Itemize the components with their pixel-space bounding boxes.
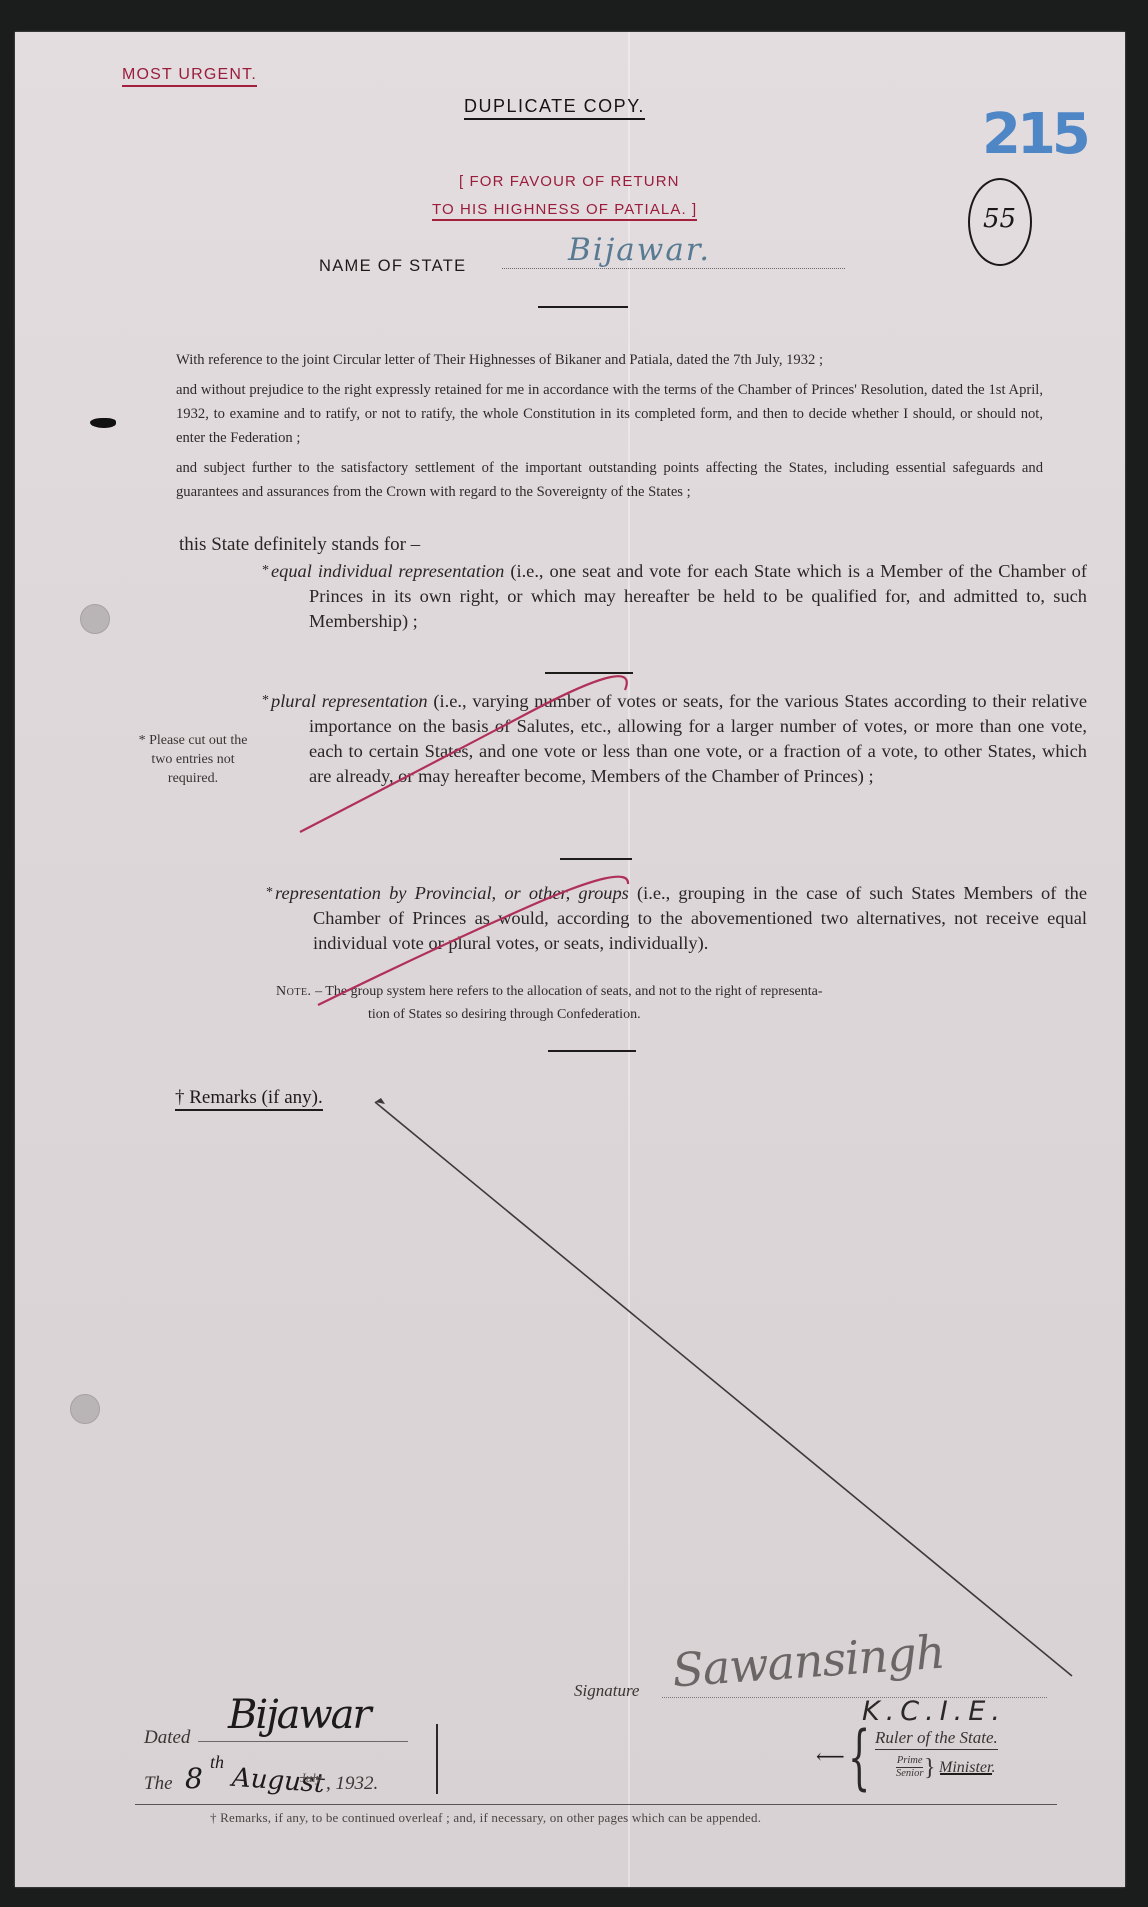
month-printed-struck: July	[300, 1770, 322, 1786]
day-suffix-handwritten: th	[210, 1752, 224, 1773]
year-label: , 1932.	[326, 1773, 378, 1795]
brace: {	[848, 1722, 870, 1792]
brace	[436, 1724, 438, 1794]
prime-label: Prime	[896, 1755, 923, 1768]
honorific-handwritten: K.C.I.E.	[862, 1696, 1006, 1727]
dated-place-handwritten[interactable]: Bijawar	[228, 1692, 370, 1738]
signature-label: Signature	[574, 1681, 639, 1701]
day-handwritten[interactable]: 8	[185, 1762, 203, 1795]
the-label: The	[144, 1773, 173, 1795]
dated-label: Dated	[144, 1727, 190, 1749]
prime-senior-label: Prime Senior	[896, 1755, 923, 1780]
remarks-cancel-line	[375, 1102, 1072, 1676]
senior-label: Senior	[896, 1768, 923, 1779]
pen-markings	[0, 0, 1148, 1907]
arrow-mark-icon: ⟵	[816, 1744, 845, 1769]
footnote: † Remarks, if any, to be continued overl…	[210, 1810, 761, 1826]
dated-line	[198, 1741, 408, 1742]
footer-rule	[135, 1804, 1057, 1805]
brace-small: }	[924, 1755, 936, 1782]
ruler-of-state-label: Ruler of the State.	[875, 1728, 998, 1750]
strike-out-plural	[300, 676, 627, 832]
minister-strike-out	[940, 1773, 992, 1775]
strike-out-group	[318, 877, 628, 1005]
